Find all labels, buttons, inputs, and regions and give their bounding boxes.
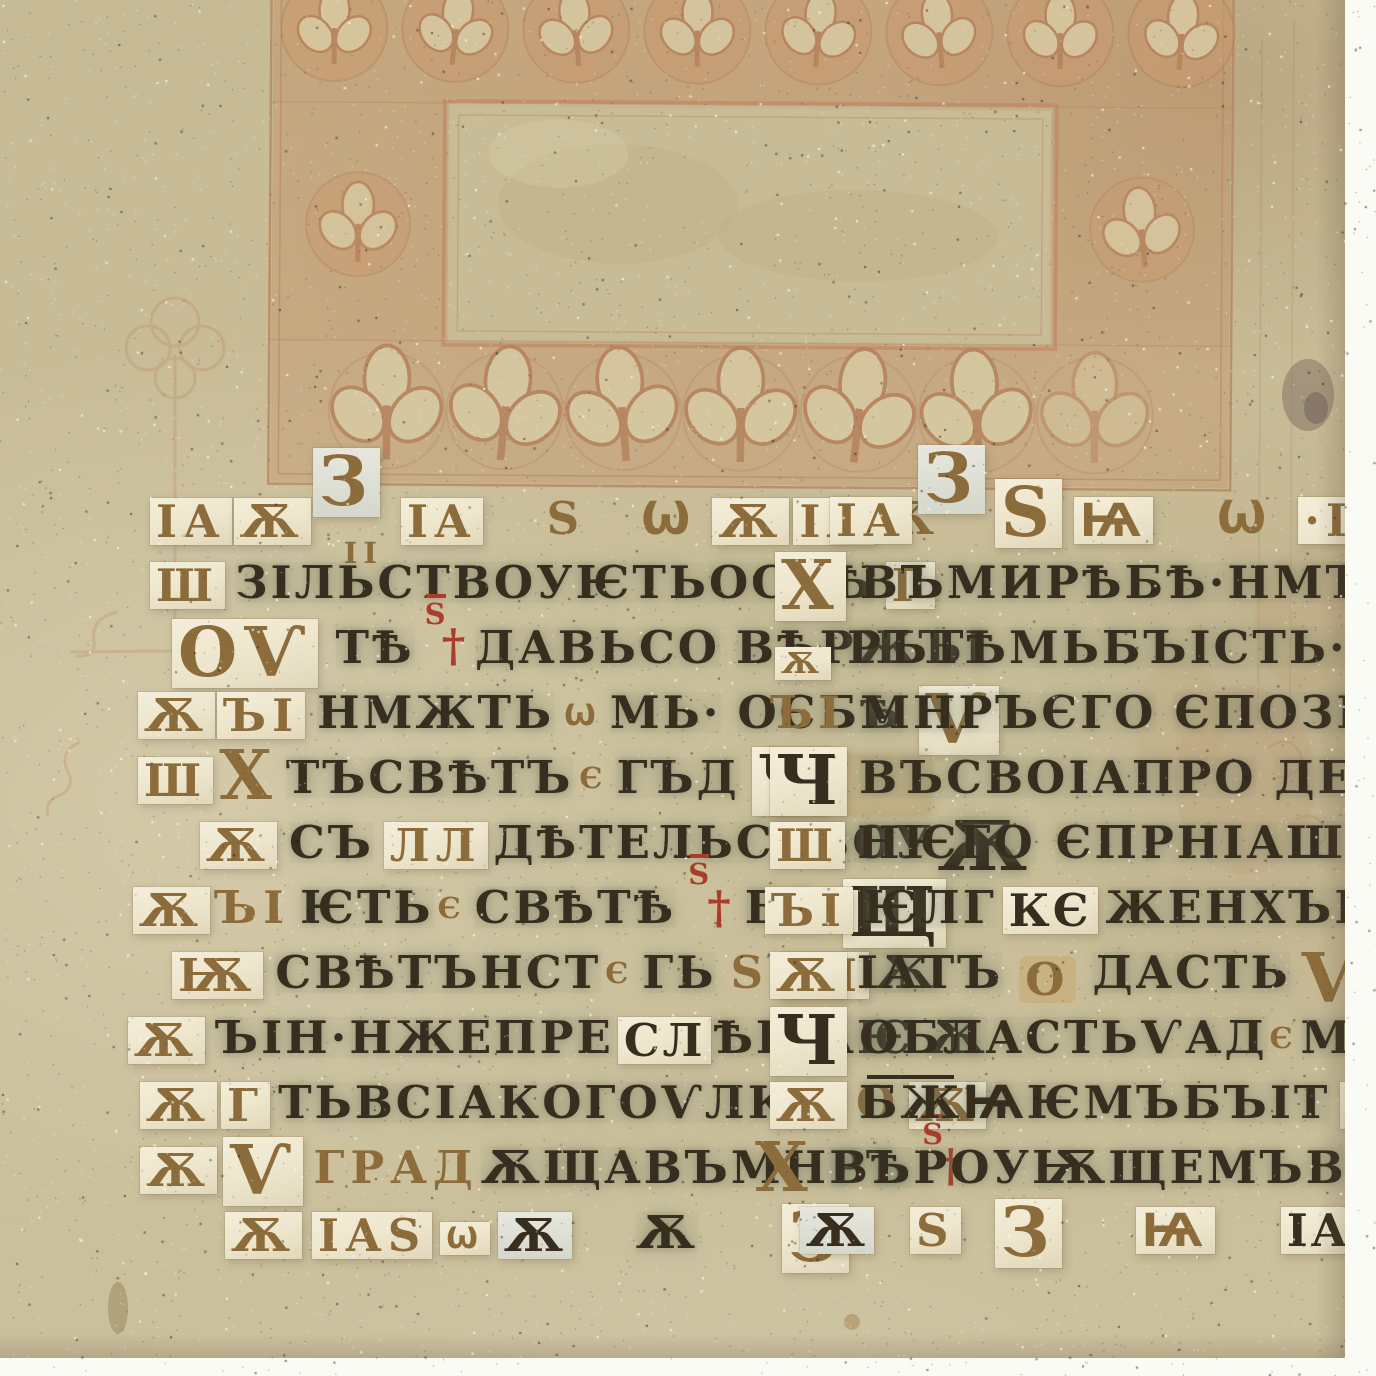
text-line: ѪБЖѨѤМЪБЪІТАГѪ [770,1082,1376,1142]
text-segment: ѨѤМЪБЪІТ [963,1082,1331,1123]
text-segment: ЪІН·НЖЕПРЕ [215,1017,614,1058]
text-segment: Ѡ [440,1222,490,1255]
text-segment: ОѴ [172,619,318,688]
text-block: ІАѪЗІІІАЅѠѪІАѪШЗІЛЬСТВОУѤТЬОСВѢГОѴТѢЅ†ДА… [0,0,1376,1376]
text-segment: Ѫ [800,1207,874,1254]
text-segment: ЪІ [214,887,290,928]
text-segment: ВЪМИРѢБѢ·НМЪІ [860,562,1376,603]
text-segment: Х [775,552,846,621]
text-segment: ЪІ [770,692,846,733]
text-segment: Ѕ [730,952,769,993]
text-segment: Ш [150,562,225,609]
text-line: ЧОБЛАСТЬѴАДЄМЪЪІ [770,1017,1376,1077]
scan-edge-bottom [0,1358,1376,1376]
text-line: ШНѤГОЄПРНІАША†Ѫ [770,822,1376,882]
text-line: ХВЪМИРѢБѢ·НМЪІЩ [775,562,1376,622]
text-segment: Ѡ [564,702,602,729]
text-segment: Ѫ [133,887,210,934]
text-segment: Ѡ [641,498,696,539]
text-line: ѪІАЅѠѪѪЗ [225,1212,849,1272]
text-segment: СЛ [618,1017,712,1064]
text-segment: Ѫ [770,952,847,999]
text-segment: ІАТЪ [857,952,1003,993]
text-segment: Ѫ [234,498,311,545]
text-segment: Ѫ [712,498,789,545]
text-segment: З [313,448,380,517]
text-line: ѪІАТЪОДАСТЬѴМЪОѴ [770,952,1376,1012]
text-segment: З [918,445,985,514]
text-segment: ГЬ [642,952,716,993]
text-segment: ЛЛ [384,822,488,869]
text-segment: НѤГО [857,822,1036,863]
text-segment: З [995,1199,1062,1268]
text-segment: ѤТЬ [300,887,433,928]
text-segment: Ч [770,747,847,816]
text-segment: СЪ [289,822,374,863]
text-segment: Ѫ [770,1082,847,1129]
text-segment: ДАСТЬ [1092,952,1290,993]
text-line: ѪРЪТѢМЬБЪІСТЬ·НШ [775,627,1376,687]
text-segment: МЬ· [610,692,722,733]
text-segment: РЪТѢМЬБЪІСТЬ·Н [847,627,1376,668]
text-segment: Ѕ [910,1207,961,1254]
text-segment: Ѫ [775,647,831,680]
text-segment: ГЪД [616,757,739,798]
text-segment: Ѫ [128,1017,205,1064]
text-segment: Ѫ [636,1212,698,1253]
text-segment: Ѵ [223,1137,303,1206]
text-segment: Ѩ [1136,1207,1215,1254]
text-segment: Ѕ [995,479,1062,548]
text-line: ЪІМНРЪЄГОЄПОЗНАЅ† [770,692,1376,752]
text-segment: Ѫ [140,1147,217,1194]
text-line: ЪІѤЛГКЄЖЕНХЪПРНѠ [765,887,1376,947]
text-segment: Є [605,960,634,987]
text-segment: Ш [138,757,213,804]
text-segment: ІА [401,498,483,545]
text-segment: БЖ [859,1082,963,1123]
text-segment: МНРЪЄГО [860,692,1156,733]
text-segment: Ѫ [138,692,215,739]
text-segment: Ч [770,1007,847,1076]
text-segment: СВѢТЪНСТ [275,952,601,993]
text-segment: ЪІ [765,887,853,934]
scan-edge-right [1345,0,1376,1376]
text-segment: Є [1270,1025,1299,1052]
rubric-mark: † [442,625,468,666]
manuscript-page: ІАѪЗІІІАЅѠѪІАѪШЗІЛЬСТВОУѤТЬОСВѢГОѴТѢЅ†ДА… [0,0,1376,1376]
text-segment: ІАЅ [312,1212,432,1259]
text-line: ХВѢРОУѬЩЕМЪВЪ [755,1147,1376,1207]
text-segment: Ѫ [200,822,277,869]
text-segment: ВѢРОУѬЩЕМЪВЪ [830,1147,1376,1188]
text-segment: ІА [830,497,912,544]
text-segment: ВЪСВОІАПРО [859,757,1256,798]
text-segment: Х [219,745,278,808]
text-segment: ГРАД [313,1147,479,1188]
text-segment: ТЬВСІАКОГОѴЛКА· [278,1082,850,1123]
text-segment: ДАВЬСО [475,627,720,668]
text-line: ІАЗЅѨѠ·ІАѪ [830,497,1376,557]
text-segment: ОБЛАСТЬѴАД [859,1017,1267,1058]
text-segment: НМЖТЬ [317,692,554,733]
text-segment: Ѡ [1217,497,1272,538]
text-segment: Ш [770,822,845,869]
text-segment: О [1019,956,1076,1003]
rubric-mark: † [707,887,733,928]
text-segment: Х [755,1137,814,1200]
page-edge-shadow-bottom [0,1334,1376,1358]
text-segment: Ѫ [225,1212,302,1259]
text-segment: СВѢТѢ [475,887,677,928]
text-segment: Г [221,1082,270,1129]
text-segment: КЄ [1003,887,1098,934]
text-segment: Ѫ [140,1082,217,1129]
text-segment: Ѫ [498,1212,572,1259]
text-segment: ѤЛГ [863,887,997,928]
text-segment: ТѢ [336,627,415,668]
text-segment: Є [438,895,467,922]
text-segment: ІА [150,498,232,545]
text-segment: Є [579,765,608,792]
text-segment: ТЪСВѢТЪ [286,757,574,798]
text-segment: Ѭ [172,952,263,999]
page-edge-shadow-right [1317,0,1345,1376]
text-segment: ЪІ [217,692,305,739]
text-segment: Ѩ [1074,497,1153,544]
text-line: ѪЅЗѨІА [800,1207,1356,1267]
text-segment: Ѕ [547,498,586,539]
text-line: ЧВЪСВОІАПРОДЕ·НСВОѪ [770,757,1376,817]
